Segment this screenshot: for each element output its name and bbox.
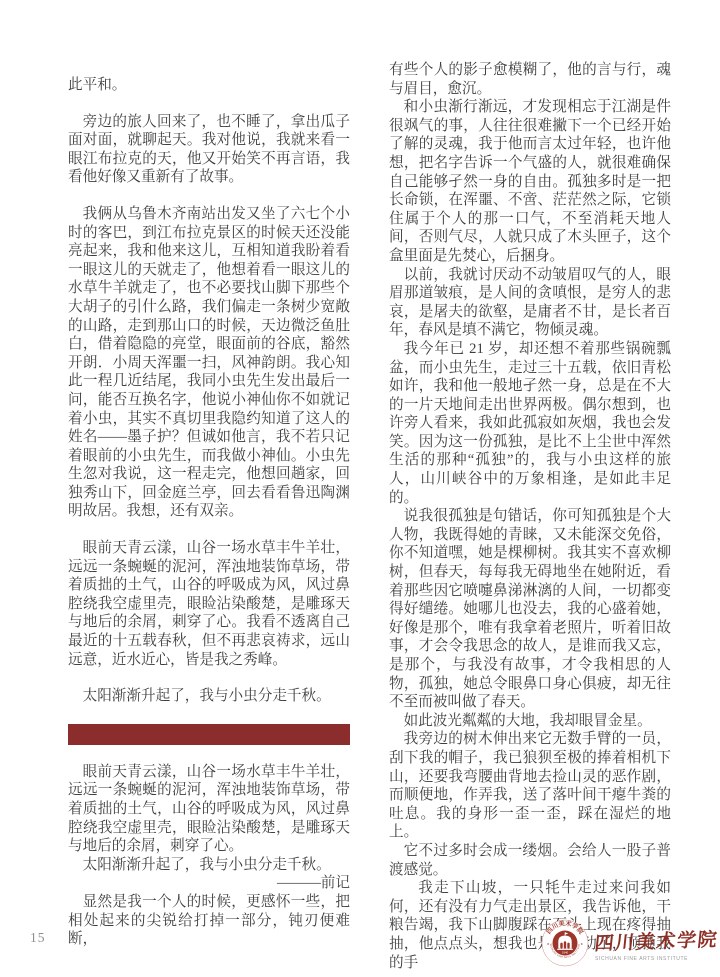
paragraph: 太阳渐渐升起了，我与小虫分走千秋。	[68, 856, 350, 875]
paragraph: 如此波光粼粼的大地，我却眼冒金星。	[389, 712, 671, 731]
seal-year: 1940	[562, 950, 569, 954]
paragraph: 太阳渐渐升起了，我与小虫分走千秋。	[68, 687, 350, 706]
left-text-column: 此平和。旁边的旅人回来了，也不睡了，拿出瓜子面对面，就聊起天。我对他说，我就来看…	[68, 76, 350, 949]
page-number: 15	[30, 930, 46, 946]
paragraph: 眼前天青云漾，山谷一场水草丰牛羊壮，远远一条蜿蜒的泥河，浑浊地装饰草场，带着质拙…	[68, 539, 350, 669]
institute-seal-logo: 四川美术学院 SICHUAN FINE ARTS INSTITUTE ★ ★ 1…	[541, 919, 589, 967]
paragraph: 眼前天青云漾，山谷一场水草丰牛羊壮，远远一条蜿蜒的泥河，浑浊地装饰草场，带着质拙…	[68, 763, 350, 856]
paragraph: 以前，我就讨厌动不动皱眉叹气的人，眼眉那道皱痕，是人间的贪嗔恨，是穷人的悲哀，是…	[389, 266, 671, 340]
seal-star-right-icon: ★	[580, 942, 583, 946]
paragraph: 我今年已 21 岁，却还想不着那些锅碗瓢盆，而小虫先生，走过三十五载，依旧青松如…	[389, 340, 671, 507]
paragraph: 有些个人的影子愈模糊了，他的言与行，魂与眉目，愈沉。	[389, 61, 671, 98]
section-divider-bar	[68, 724, 350, 745]
paragraph: 显然是我一个人的时候，更感怀一些，把相处起来的尖锐给打掉一部分，钝刃便难断，	[68, 893, 350, 949]
document-page: 此平和。旁边的旅人回来了，也不睡了，拿出瓜子面对面，就聊起天。我对他说，我就来看…	[0, 0, 720, 977]
paragraph: 说我很孤独是句错话，你可知孤独是个大人物，我既得她的青睐，又未能深交免俗，你不知…	[389, 507, 671, 712]
paragraph: 此平和。	[68, 76, 350, 95]
seal-star-left-icon: ★	[547, 942, 550, 946]
institute-wordmark: 四川美术学院 SICHUAN FINE ARTS INSTITUTE	[595, 927, 705, 962]
institute-wordmark-subtitle: SICHUAN FINE ARTS INSTITUTE	[595, 956, 705, 962]
paragraph: 我旁边的树木伸出来它无数手臂的一员，刮下我的帽子，我已狼狈至极的捧着相机下山，还…	[389, 730, 671, 842]
paragraph: ———前记	[68, 874, 350, 893]
right-text-column: 有些个人的影子愈模糊了，他的言与行，魂与眉目，愈沉。和小虫渐行渐远，才发现相忘于…	[389, 61, 671, 972]
institute-wordmark-title: 四川美术学院	[593, 925, 706, 956]
seal-icon: 四川美术学院 SICHUAN FINE ARTS INSTITUTE ★ ★ 1…	[541, 919, 589, 967]
paragraph: 旁边的旅人回来了，也不睡了，拿出瓜子面对面，就聊起天。我对他说，我就来看一眼江布…	[68, 113, 350, 187]
paragraph: 和小虫渐行渐远，才发现相忘于江湖是件很飒气的事，人往往很难撇下一个已经开始了解的…	[389, 98, 671, 265]
paragraph: 它不过多时会成一缕烟。会给人一股子普渡感觉。	[389, 842, 671, 879]
paragraph: 我俩从乌鲁木齐南站出发又坐了六七个小时的客巴，到江布拉克景区的时候天还没能亮起来…	[68, 205, 350, 521]
